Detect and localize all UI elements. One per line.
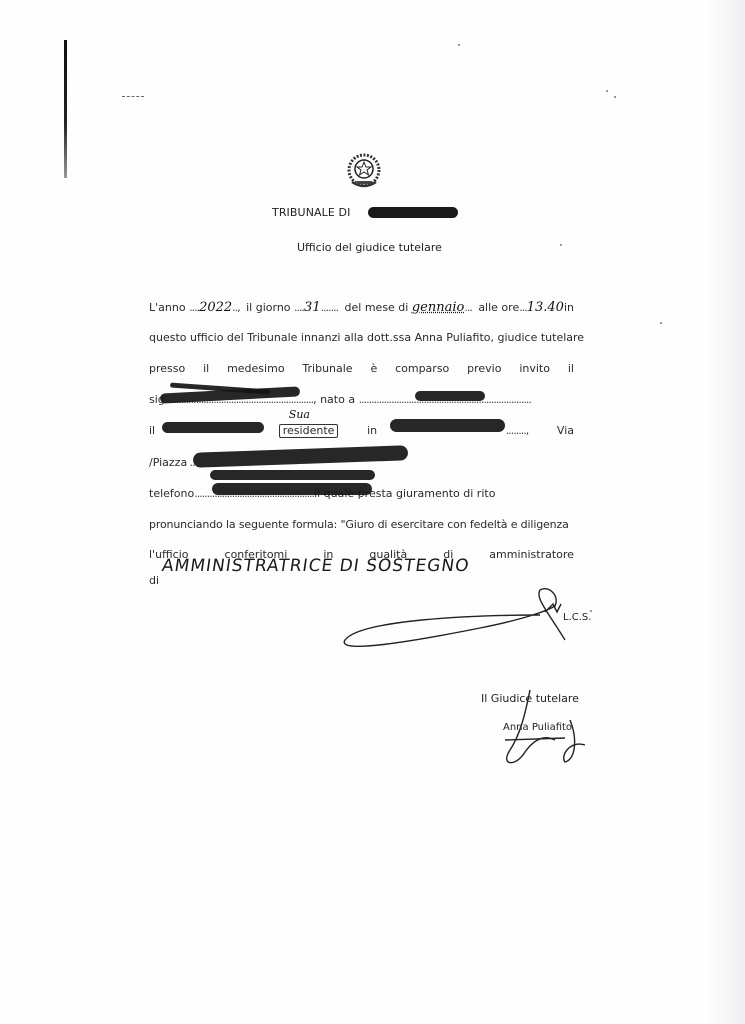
- court-title: TRIBUNALE DI: [272, 206, 350, 219]
- judge-name: Anna Puliafito: [503, 722, 572, 733]
- judge-label: Il Giudice tutelare: [481, 692, 579, 705]
- redacted-street-overflow: [210, 470, 375, 480]
- giorno-label: il giorno: [246, 301, 290, 314]
- body-line-formula: pronunciando la seguente formula: "Giuro…: [149, 518, 574, 531]
- telefono-label: telefono: [149, 487, 194, 500]
- redacted-court-city: [368, 207, 458, 218]
- redacted-birthplace: [415, 391, 485, 401]
- body-word: è: [370, 362, 377, 375]
- body-word: medesimo: [227, 362, 284, 375]
- italian-republic-emblem-icon: [347, 152, 381, 190]
- scan-speck: [560, 244, 562, 246]
- body-line-date: L'anno ....2022.., il giorno ....31.....…: [149, 300, 574, 315]
- role-handwritten-value: AMMINISTRATRICE DI SOSTEGNO: [161, 556, 471, 576]
- time-value: 13.40: [527, 300, 564, 315]
- scan-speck: [606, 90, 608, 92]
- resident-label: residente: [279, 424, 339, 438]
- in-label: in: [367, 424, 377, 438]
- body-word: invito: [519, 362, 550, 375]
- month-value: gennaio: [412, 300, 465, 315]
- scan-speck: [614, 96, 616, 98]
- body-line-judge: questo ufficio del Tribunale innanzi all…: [149, 331, 574, 344]
- body-word: comparso: [395, 362, 449, 375]
- year-value: 2022: [199, 300, 232, 315]
- piazza-label: /Piazza: [149, 456, 187, 469]
- day-value: 31: [304, 300, 321, 315]
- redacted-birthdate: [162, 422, 264, 433]
- body-word: il: [568, 362, 574, 375]
- redacted-city: [390, 419, 505, 432]
- ore-label: alle ore: [478, 301, 519, 314]
- via-label: Via: [557, 424, 574, 438]
- oath-signature: [344, 589, 565, 647]
- scan-speck: [458, 44, 460, 46]
- office-subtitle: Ufficio del giudice tutelare: [297, 241, 442, 254]
- anno-label: L'anno: [149, 301, 186, 314]
- nato-label: , nato a: [313, 393, 355, 406]
- scan-speck: [660, 322, 662, 324]
- body-word: il: [203, 362, 209, 375]
- oath-signature-suffix: L.C.S.: [563, 612, 591, 623]
- body-word: amministratore: [489, 548, 574, 561]
- body-line-presso: pressoilmedesimoTribunaleècomparsoprevio…: [149, 362, 574, 375]
- body-word: Tribunale: [302, 362, 352, 375]
- redacted-phone: [212, 483, 372, 495]
- scan-speck: [590, 610, 592, 612]
- scan-artifact: [122, 96, 144, 98]
- in-text: in: [564, 301, 574, 314]
- scan-edge-shadow: [705, 0, 745, 1024]
- body-word: presso: [149, 362, 185, 375]
- body-word: previo: [467, 362, 501, 375]
- mese-label: del mese di: [345, 301, 409, 314]
- il-label: il: [149, 424, 155, 437]
- sua-annotation: Sua: [289, 408, 310, 421]
- scanned-document-page: TRIBUNALE DI Ufficio del giudice tutelar…: [0, 0, 745, 1024]
- scan-margin-mark: [64, 40, 67, 178]
- di-label: di: [149, 574, 159, 587]
